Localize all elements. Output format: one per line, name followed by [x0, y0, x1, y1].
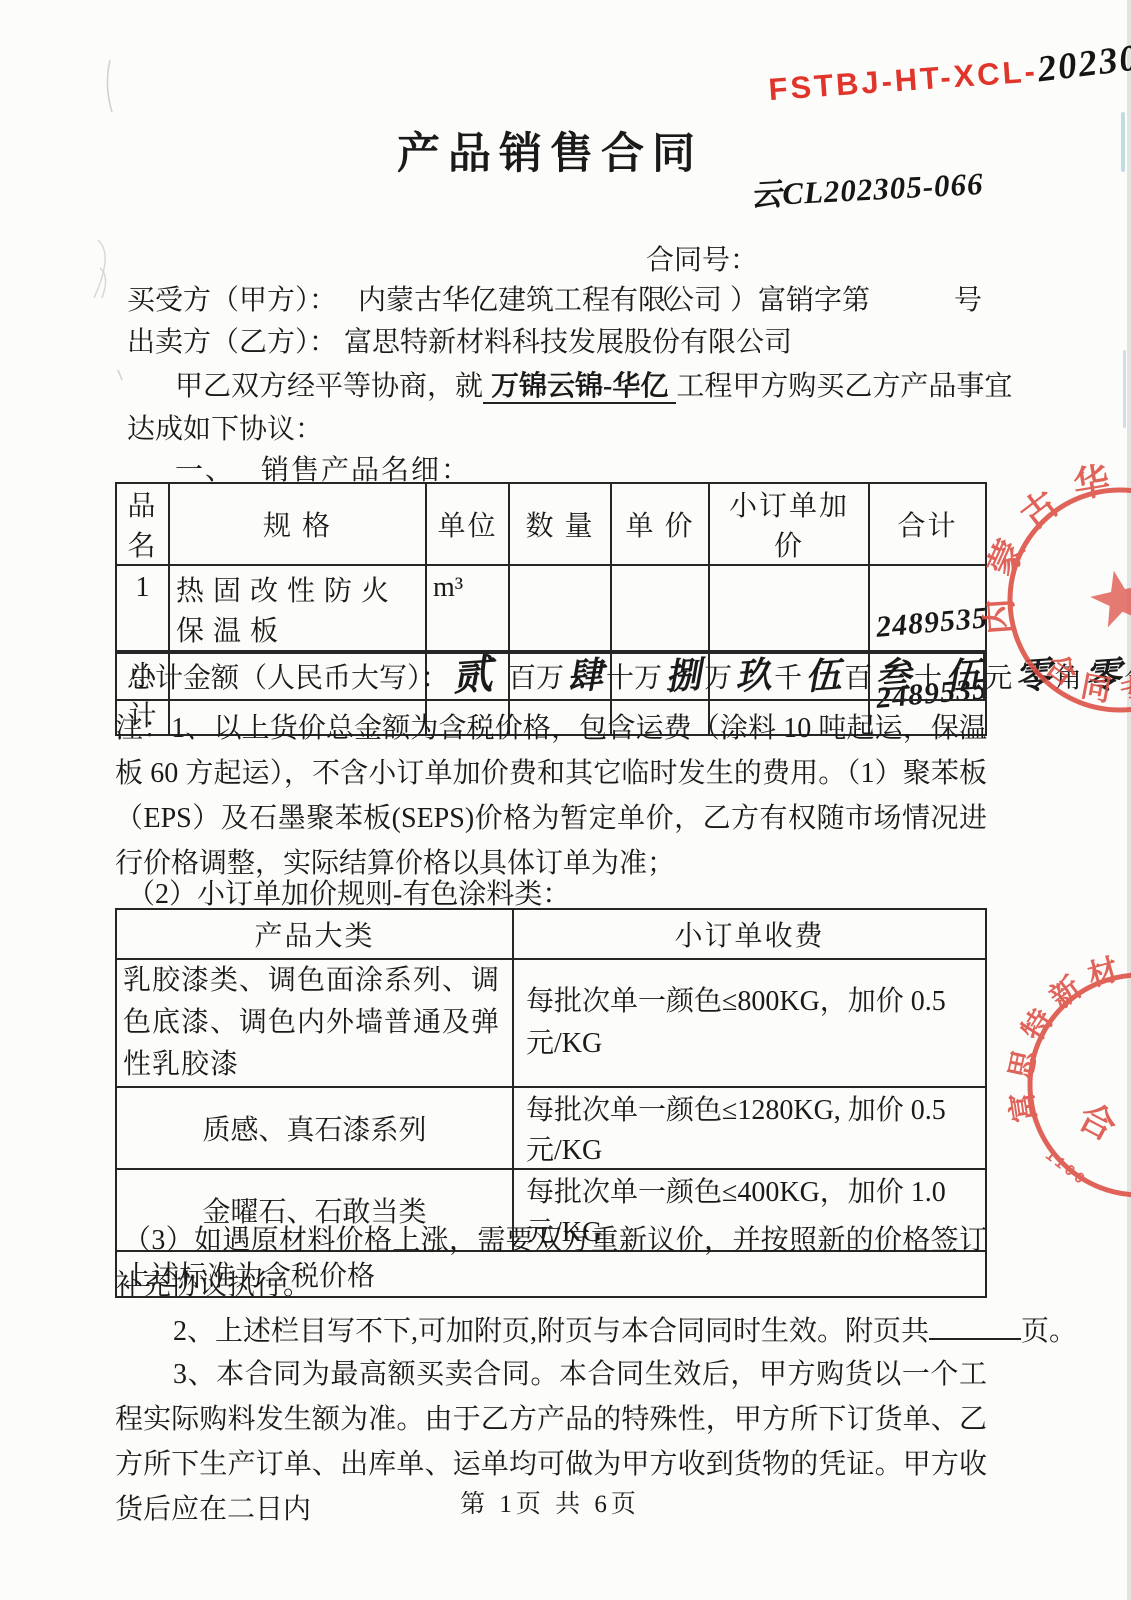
col-header-surcharge: 小订单加价 [709, 483, 869, 565]
buyer-label: 买受方（甲方）： [127, 285, 337, 316]
unit-jiao: 角 [1054, 656, 1082, 696]
clause-2: 2、上述栏目写不下,可加附页,附页与本合同同时生效。附页共页。 [115, 1308, 987, 1349]
unit-fen: 分 [1124, 656, 1131, 696]
amount-word-0a: 零 [1014, 660, 1052, 692]
clause-paren-3: （3）如遇原材料价格上涨，需要双方重新议价，并按照新的价格签订补充协议执行。 [115, 1218, 987, 1308]
surcharge-col-fee: 小订单收费 [513, 909, 986, 959]
surcharge-row-latex: 乳胶漆类、调色面涂系列、调色底漆、调色内外墙普通及弹性乳胶漆 每批次单一颜色≤8… [116, 959, 986, 1087]
amount-word-5a: 伍 [804, 660, 842, 692]
grand-total-row: 总计金额（人民币大写）： 贰 百万 肆 十万 捌 万 玖 千 伍 百 叁 十 伍… [115, 650, 985, 701]
amount-word-4: 肆 [566, 660, 604, 692]
amount-word-9: 玖 [734, 660, 772, 692]
buyer-line: 买受方（甲方）： 内蒙古华亿建筑工程有限公司 [127, 278, 722, 318]
surcharge-header-row: 产品大类 小订单收费 [116, 909, 986, 959]
doc-code-handwritten-text: 20230379 [1035, 29, 1131, 92]
unit-yuan: 元 [984, 656, 1012, 696]
seller-company-stamp: 富思特新材料科 合 1100 [1000, 945, 1131, 1225]
page-number-footer: 第 1页 共 6页 [115, 1484, 985, 1520]
seller-stamp-company-text: 富思特新材料科 [1003, 950, 1131, 1125]
amount-word-5b: 伍 [944, 660, 982, 692]
intro-tail: 工程甲方购买乙方产品事宜 [676, 371, 1012, 402]
grand-total-label: 总计金额（人民币大写）： [127, 656, 449, 696]
seller-stamp-serial: 1100 [1042, 1147, 1091, 1190]
product-unit: m³ [426, 565, 509, 653]
stamp-star-icon [1086, 565, 1131, 630]
product-surcharge [709, 565, 869, 653]
col-header-name: 品名 [116, 483, 169, 565]
clause-2-tail: 页。 [1021, 1316, 1077, 1347]
note-2-title: （2）小订单加价规则-有色涂料类： [127, 872, 570, 912]
intro-line-1: 甲乙双方经平等协商，就万锦云锦-华亿工程甲方购买乙方产品事宜 [175, 364, 1012, 404]
product-qty [509, 565, 611, 653]
surcharge-category: 乳胶漆类、调色面涂系列、调色底漆、调色内外墙普通及弹性乳胶漆 [116, 959, 513, 1087]
unit-shiwan: 十万 [606, 656, 662, 696]
intro-line-2: 达成如下协议： [127, 407, 323, 447]
unit-shi: 十 [914, 656, 942, 696]
buyer-name: 内蒙古华亿建筑工程有限公司 [358, 285, 722, 316]
col-header-total: 合计 [869, 483, 986, 565]
amount-word-0b: 零 [1084, 660, 1122, 692]
contract-no-label: 合同号： [646, 245, 758, 276]
intro-lead: 甲乙双方经平等协商，就 [175, 371, 483, 402]
svg-text:内蒙古华亿: 内蒙古华亿 [980, 460, 1131, 636]
doc-code: FSTBJ-HT-XCL-20230379 [767, 37, 1131, 110]
product-total-cell: 2489535 [869, 565, 986, 653]
seller-stamp-usage-text: 合 [1072, 1096, 1123, 1148]
product-total-handwritten: 2489535 [875, 601, 990, 645]
surcharge-fee: 每批次单一颜色≤800KG，加价 0.5 元/KG [513, 959, 986, 1087]
unit-baiwan: 百万 [508, 656, 564, 696]
surcharge-row-texture: 质感、真石漆系列 每批次单一颜色≤1280KG, 加价 0.5 元/KG [116, 1087, 986, 1169]
col-header-price: 单 价 [611, 483, 709, 565]
unit-wan: 万 [704, 656, 732, 696]
col-header-spec: 规 格 [169, 483, 426, 565]
seller-line: 出卖方（乙方）： 富思特新材料科技发展股份有限公司 [127, 320, 792, 360]
amount-word-3: 叁 [874, 660, 912, 692]
svg-text:富思特新材料科: 富思特新材料科 [1003, 950, 1131, 1125]
unit-qian: 千 [774, 656, 802, 696]
seller-name: 富思特新材料科技发展股份有限公司 [344, 327, 792, 358]
note-1-paragraph: 注：1、以上货价总金额为含税价格，包含运费（涂料 10 吨起运，保温板 60 方… [115, 706, 987, 886]
contract-page: FSTBJ-HT-XCL-20230379 产品销售合同 云CL202305-0… [0, 0, 1131, 1600]
product-no: 1 [116, 565, 169, 653]
amount-word-8: 捌 [664, 660, 702, 692]
doc-code-stamped-text: FSTBJ-HT-XCL- [767, 53, 1039, 107]
seller-label: 出卖方（乙方）： [127, 327, 337, 358]
product-price [611, 565, 709, 653]
stamp-ring [1030, 975, 1131, 1195]
scan-artifact [1123, 350, 1126, 428]
project-name: 万锦云锦-华亿 [483, 371, 676, 404]
buyer-company-stamp: 内蒙古华亿 合同专用 [980, 460, 1131, 740]
col-header-unit: 单位 [426, 483, 509, 565]
amount-word-millions2: 贰 [451, 660, 493, 693]
scan-artifact [1121, 112, 1125, 172]
clause-2-lead: 2、上述栏目写不下,可加附页,附页与本合同同时生效。附页共 [173, 1316, 929, 1347]
surcharge-category: 质感、真石漆系列 [116, 1087, 513, 1169]
surcharge-fee: 每批次单一颜色≤1280KG, 加价 0.5 元/KG [513, 1087, 986, 1169]
scan-edge-shadow [1127, 0, 1131, 1600]
product-row-1: 1 热固改性防火保温板 m³ 2489535 [116, 565, 986, 653]
product-table-header-row: 品名 规 格 单位 数 量 单 价 小订单加价 合计 [116, 483, 986, 565]
product-spec: 热固改性防火保温板 [169, 565, 426, 653]
unit-bai: 百 [844, 656, 872, 696]
buyer-stamp-company-text: 内蒙古华亿 [980, 460, 1131, 636]
col-header-qty: 数 量 [509, 483, 611, 565]
surcharge-col-category: 产品大类 [116, 909, 513, 959]
attachment-pages-blank [929, 1308, 1021, 1340]
